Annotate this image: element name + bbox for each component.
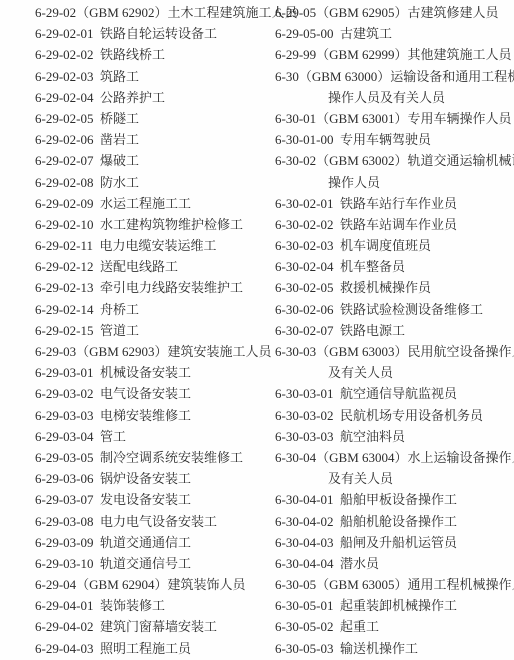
entry-line: 6-30-01-00 专用车辆驾驶员 bbox=[275, 129, 513, 150]
entry-line: 6-29-04-01 装饰装修工 bbox=[35, 595, 261, 616]
entry-line: 6-29-02-07 爆破工 bbox=[35, 150, 261, 171]
entry-line: 6-30-02-04 机车整备员 bbox=[275, 256, 513, 277]
entry-line: 操作人员 bbox=[275, 172, 513, 193]
entry-line: 6-30-05-03 输送机操作工 bbox=[275, 638, 513, 659]
entry-line: 6-30-02-03 机车调度值班员 bbox=[275, 235, 513, 256]
entry-line: 6-29-05-00 古建筑工 bbox=[275, 23, 513, 44]
entry-line: 6-29-05（GBM 62905）古建筑修建人员 bbox=[275, 2, 513, 23]
entry-line: 6-30-04-01 船舶甲板设备操作工 bbox=[275, 489, 513, 510]
entry-line: 6-29-99（GBM 62999）其他建筑施工人员 bbox=[275, 44, 513, 65]
left-column: 6-29-02（GBM 62902）土木工程建筑施工人员6-29-02-01 铁… bbox=[35, 2, 261, 659]
right-column: 6-29-05（GBM 62905）古建筑修建人员6-29-05-00 古建筑工… bbox=[275, 2, 513, 659]
entry-line: 6-29-02-04 公路养护工 bbox=[35, 87, 261, 108]
entry-line: 6-29-02-01 铁路自轮运转设备工 bbox=[35, 23, 261, 44]
entry-line: 6-29-03-08 电力电气设备安装工 bbox=[35, 511, 261, 532]
entry-line: 6-29-02-12 送配电线路工 bbox=[35, 256, 261, 277]
entry-line: 6-29-03（GBM 62903）建筑安装施工人员 bbox=[35, 341, 261, 362]
entry-line: 6-30-03-02 民航机场专用设备机务员 bbox=[275, 405, 513, 426]
entry-line: 6-29-03-03 电梯安装维修工 bbox=[35, 405, 261, 426]
entry-line: 6-30（GBM 63000）运输设备和通用工程机械 bbox=[275, 66, 513, 87]
entry-line: 6-29-02-02 铁路线桥工 bbox=[35, 44, 261, 65]
entry-line: 6-29-02-13 牵引电力线路安装维护工 bbox=[35, 277, 261, 298]
entry-line: 6-29-03-09 轨道交通通信工 bbox=[35, 532, 261, 553]
entry-line: 6-30-04（GBM 63004）水上运输设备操作人员 bbox=[275, 447, 513, 468]
entry-line: 6-29-04-02 建筑门窗幕墙安装工 bbox=[35, 616, 261, 637]
entry-line: 6-29-02-09 水运工程施工工 bbox=[35, 193, 261, 214]
entry-line: 6-30-02-05 救援机械操作员 bbox=[275, 277, 513, 298]
entry-line: 6-29-02（GBM 62902）土木工程建筑施工人员 bbox=[35, 2, 261, 23]
entry-line: 6-29-02-03 筑路工 bbox=[35, 66, 261, 87]
entry-line: 6-29-03-07 发电设备安装工 bbox=[35, 489, 261, 510]
entry-line: 6-30-05-02 起重工 bbox=[275, 616, 513, 637]
entry-line: 6-29-04（GBM 62904）建筑装饰人员 bbox=[35, 574, 261, 595]
entry-line: 6-30-02-01 铁路车站行车作业员 bbox=[275, 193, 513, 214]
entry-line: 6-29-03-01 机械设备安装工 bbox=[35, 362, 261, 383]
entry-line: 6-30-02-02 铁路车站调车作业员 bbox=[275, 214, 513, 235]
entry-line: 6-29-02-10 水工建构筑物维护检修工 bbox=[35, 214, 261, 235]
entry-line: 6-29-03-05 制冷空调系统安装维修工 bbox=[35, 447, 261, 468]
document-page: 6-29-02（GBM 62902）土木工程建筑施工人员6-29-02-01 铁… bbox=[0, 0, 514, 660]
entry-line: 6-30-05（GBM 63005）通用工程机械操作人员 bbox=[275, 574, 513, 595]
entry-line: 6-30-02-07 铁路电源工 bbox=[275, 320, 513, 341]
entry-line: 6-29-03-04 管工 bbox=[35, 426, 261, 447]
entry-line: 6-30-03-03 航空油料员 bbox=[275, 426, 513, 447]
entry-line: 6-29-02-11 电力电缆安装运维工 bbox=[35, 235, 261, 256]
entry-line: 操作人员及有关人员 bbox=[275, 87, 513, 108]
entry-line: 6-29-02-14 舟桥工 bbox=[35, 299, 261, 320]
entry-line: 6-30-02-06 铁路试验检测设备维修工 bbox=[275, 299, 513, 320]
entry-line: 6-30-05-01 起重装卸机械操作工 bbox=[275, 595, 513, 616]
entry-line: 6-29-02-05 桥隧工 bbox=[35, 108, 261, 129]
entry-line: 6-29-03-06 锅炉设备安装工 bbox=[35, 468, 261, 489]
entry-line: 6-29-03-10 轨道交通信号工 bbox=[35, 553, 261, 574]
entry-line: 6-30-03-01 航空通信导航监视员 bbox=[275, 383, 513, 404]
entry-line: 及有关人员 bbox=[275, 362, 513, 383]
entry-line: 6-29-04-03 照明工程施工员 bbox=[35, 638, 261, 659]
entry-line: 6-30-04-03 船闸及升船机运管员 bbox=[275, 532, 513, 553]
entry-line: 6-30-01（GBM 63001）专用车辆操作人员 bbox=[275, 108, 513, 129]
entry-line: 6-30-04-04 潜水员 bbox=[275, 553, 513, 574]
entry-line: 6-29-02-08 防水工 bbox=[35, 172, 261, 193]
entry-line: 及有关人员 bbox=[275, 468, 513, 489]
entry-line: 6-29-02-15 管道工 bbox=[35, 320, 261, 341]
entry-line: 6-30-03（GBM 63003）民用航空设备操作人员 bbox=[275, 341, 513, 362]
entry-line: 6-29-03-02 电气设备安装工 bbox=[35, 383, 261, 404]
entry-line: 6-29-02-06 凿岩工 bbox=[35, 129, 261, 150]
entry-line: 6-30-02（GBM 63002）轨道交通运输机械设备 bbox=[275, 150, 513, 171]
entry-line: 6-30-04-02 船舶机舱设备操作工 bbox=[275, 511, 513, 532]
